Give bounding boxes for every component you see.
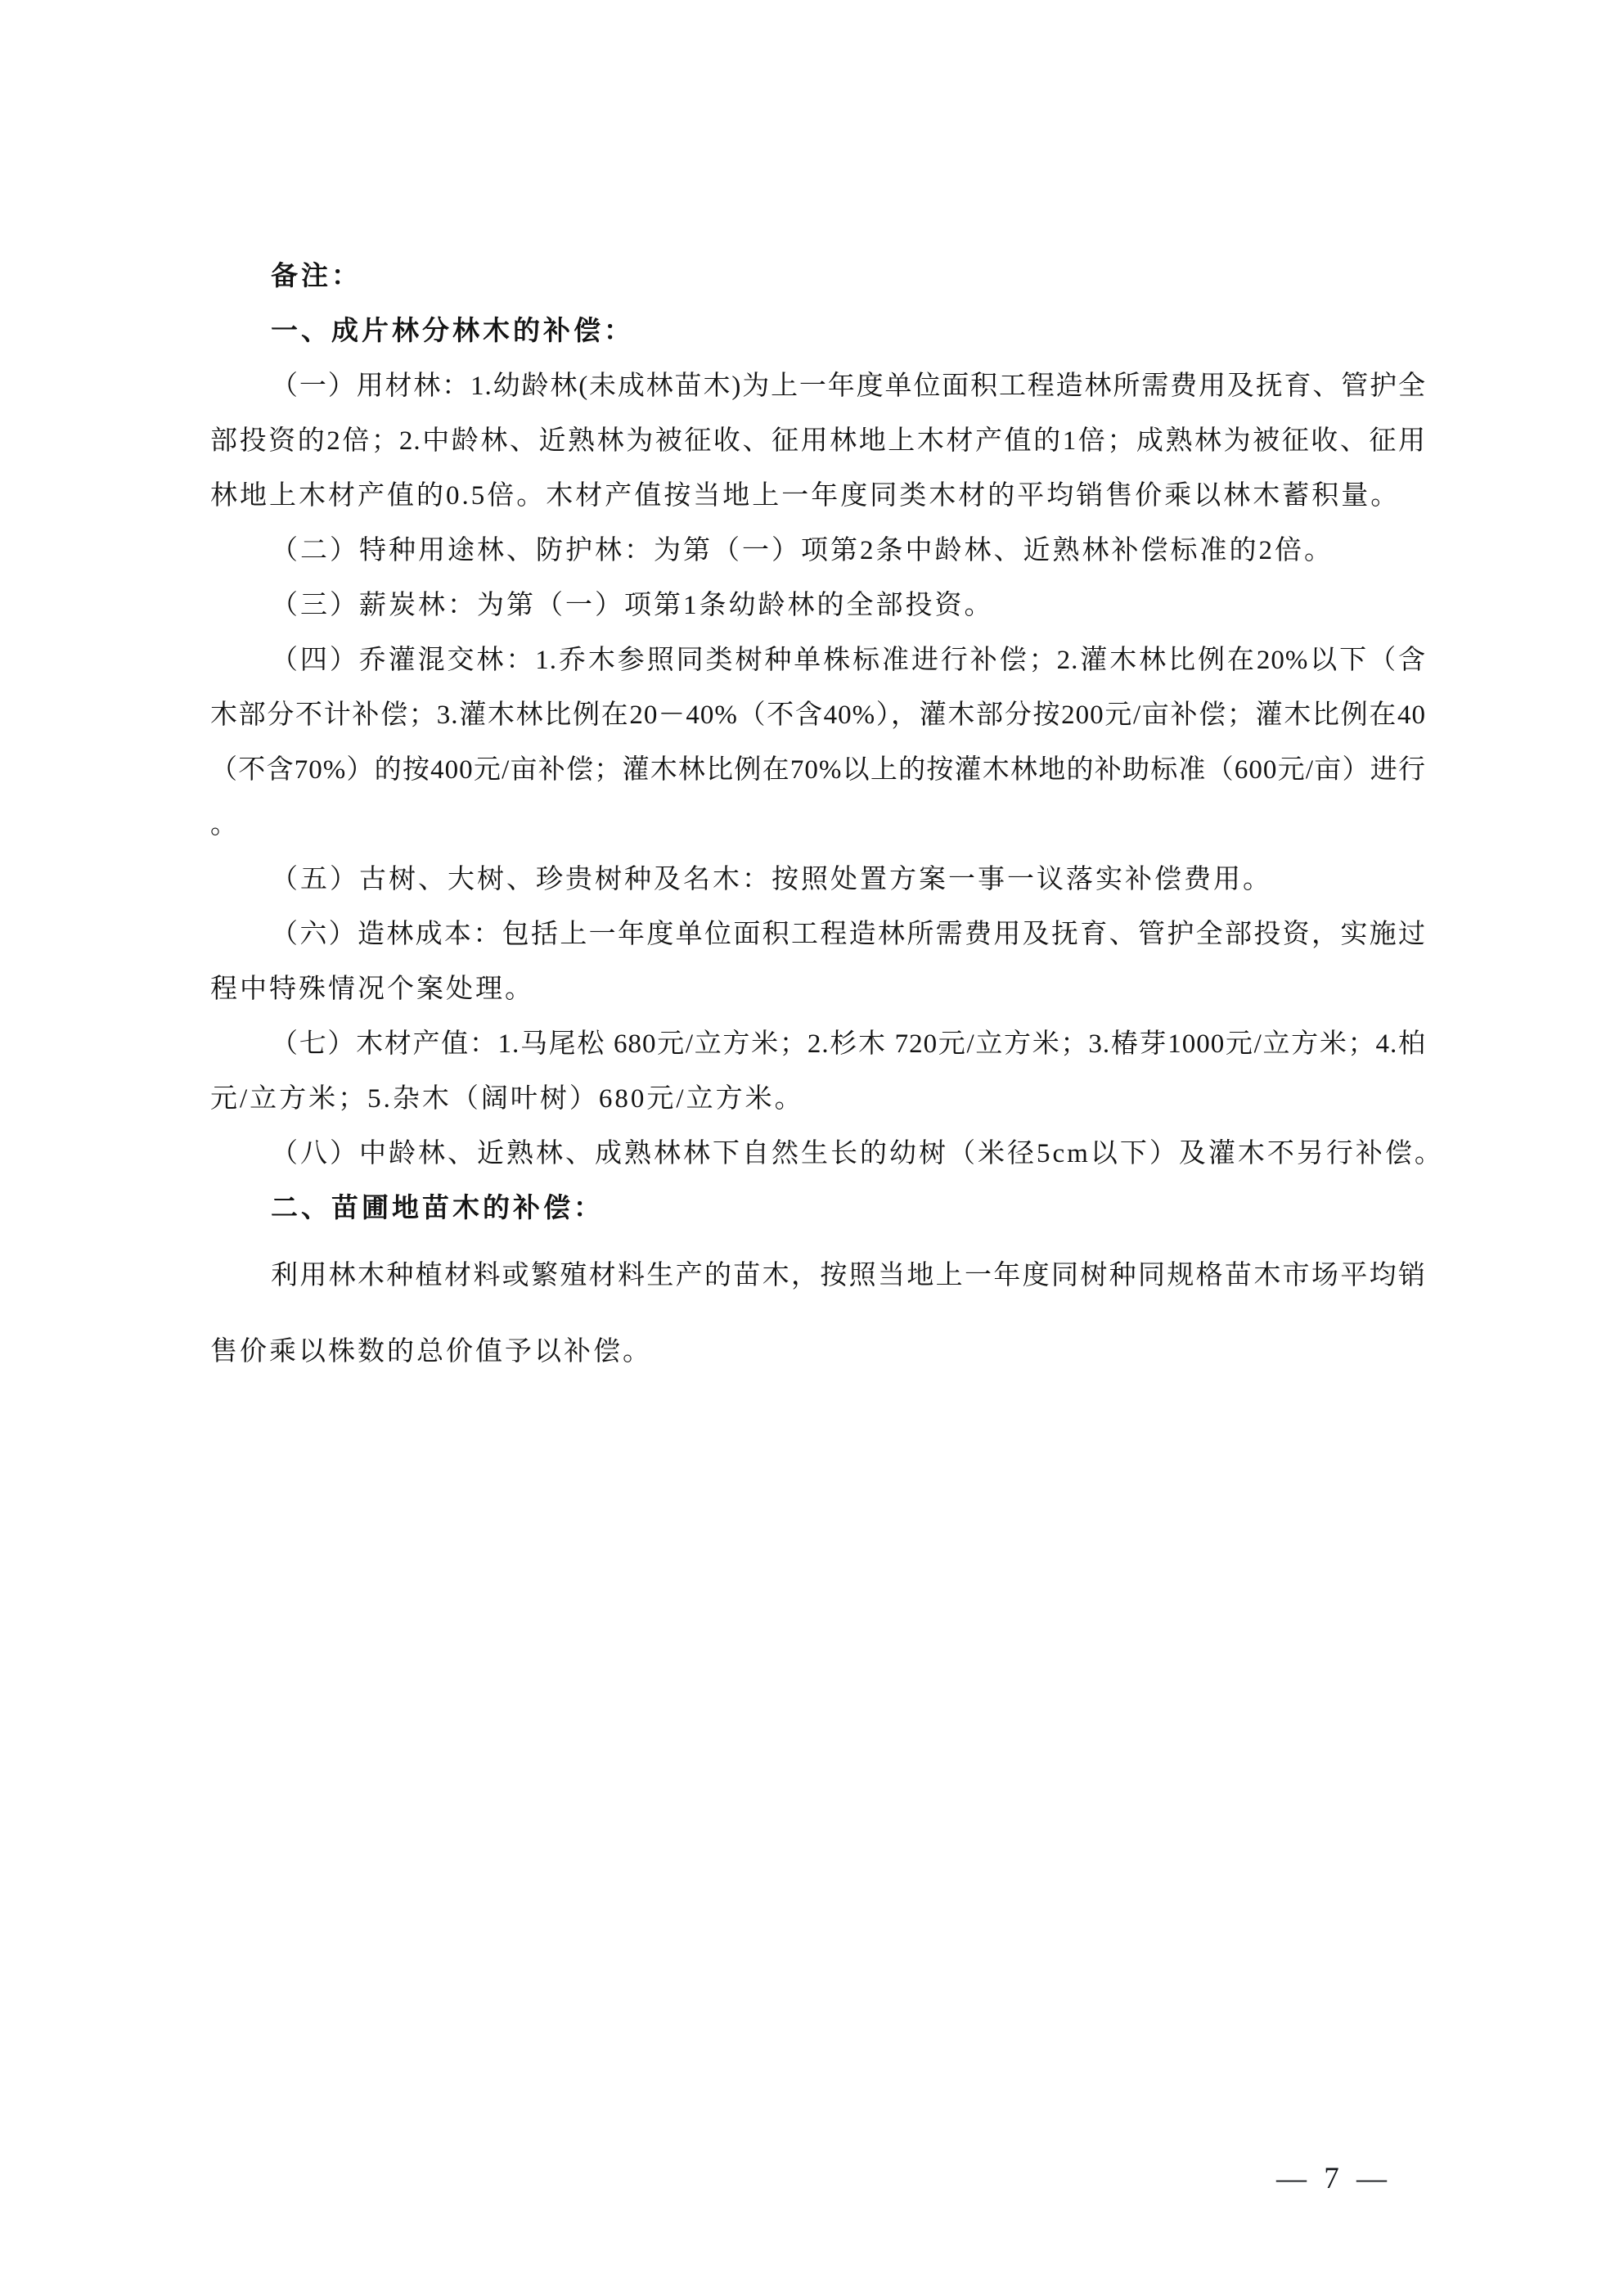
paragraph-line: 木部分不计补偿；3.灌木林比例在20－40%（不含40%），灌木部分按200元/… xyxy=(210,688,1426,743)
paragraph-line: （七）木材产值：1.马尾松 680元/立方米；2.杉木 720元/立方米；3.椿… xyxy=(210,1017,1426,1072)
paragraph-line: （六）造林成本：包括上一年度单位面积工程造林所需费用及抚育、管护全部投资，实施过 xyxy=(210,907,1426,962)
document-body: 备注： 一、成片林分林木的补偿： （一）用材林：1.幼龄林(未成林苗木)为上一年… xyxy=(210,250,1426,1390)
paragraph-line: 程中特殊情况个案处理。 xyxy=(210,962,1426,1017)
paragraph-line: 利用林木种植材料或繁殖材料生产的苗木，按照当地上一年度同树种同规格苗木市场平均销 xyxy=(210,1238,1426,1314)
paragraph-line: （一）用材林：1.幼龄林(未成林苗木)为上一年度单位面积工程造林所需费用及抚育、… xyxy=(210,359,1426,414)
paragraph-line: 。 xyxy=(210,798,1426,853)
page-number: — 7 — xyxy=(1276,2162,1392,2195)
paragraph-line: 部投资的2倍；2.中龄林、近熟林为被征收、征用林地上木材产值的1倍；成熟林为被征… xyxy=(210,414,1426,469)
paragraph-line: 林地上木材产值的0.5倍。木材产值按当地上一年度同类木材的平均销售价乘以林木蓄积… xyxy=(210,469,1426,524)
paragraph-line: （二）特种用途林、防护林：为第（一）项第2条中龄林、近熟林补偿标准的2倍。 xyxy=(210,524,1426,579)
paragraph-line: （五）古树、大树、珍贵树种及名木：按照处置方案一事一议落实补偿费用。 xyxy=(210,853,1426,907)
paragraph-line: （不含70%）的按400元/亩补偿；灌木林比例在70%以上的按灌木林地的补助标准… xyxy=(210,743,1426,798)
paragraph-line: （三）薪炭林：为第（一）项第1条幼龄林的全部投资。 xyxy=(210,579,1426,633)
section-1-heading: 一、成片林分林木的补偿： xyxy=(210,304,1426,359)
paragraph-line: 元/立方米；5.杂木（阔叶树）680元/立方米。 xyxy=(210,1072,1426,1127)
document-page: 备注： 一、成片林分林木的补偿： （一）用材林：1.幼龄林(未成林苗木)为上一年… xyxy=(0,0,1624,2296)
paragraph-line: 售价乘以株数的总价值予以补偿。 xyxy=(210,1314,1426,1390)
notes-title: 备注： xyxy=(210,250,1426,304)
paragraph-line: （八）中龄林、近熟林、成熟林林下自然生长的幼树（米径5cm以下）及灌木不另行补偿… xyxy=(210,1127,1426,1182)
page-footer: — 7 — xyxy=(1276,2154,1392,2204)
paragraph-line: （四）乔灌混交林：1.乔木参照同类树种单株标准进行补偿；2.灌木林比例在20%以… xyxy=(210,633,1426,688)
section-2-heading: 二、苗圃地苗木的补偿： xyxy=(210,1182,1426,1236)
